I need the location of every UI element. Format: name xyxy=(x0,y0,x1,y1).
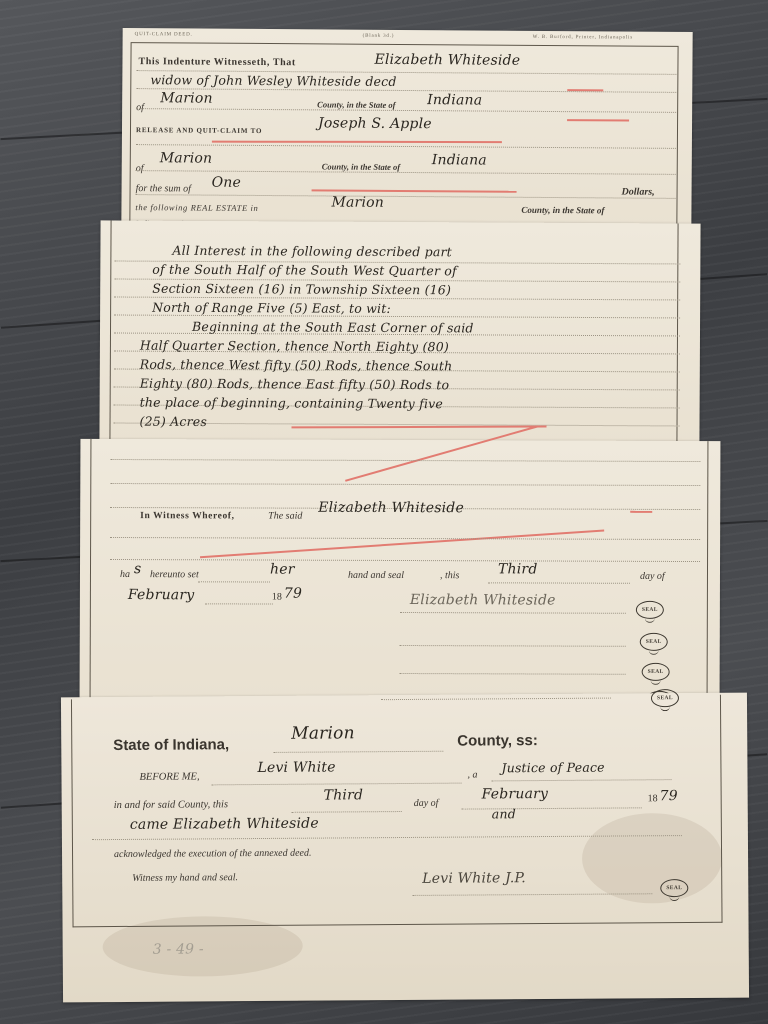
grantee-state: Indiana xyxy=(432,152,487,168)
hand-seal-label: hand and seal xyxy=(348,570,404,581)
property-line: All Interest in the following described … xyxy=(172,243,452,259)
hereunto-label: hereunto set xyxy=(150,569,199,580)
grantor-name: Elizabeth Whiteside xyxy=(374,52,520,69)
seal-stamp: SEAL xyxy=(651,689,679,707)
ack-year-print: 18 xyxy=(648,793,658,804)
witness-hand-text: Witness my hand and seal. xyxy=(132,872,238,884)
a-label: , a xyxy=(467,769,477,780)
property-line: of the South Half of the South West Quar… xyxy=(152,262,457,279)
in-witness-label: In Witness Whereof, xyxy=(140,511,234,521)
red-fill-line xyxy=(630,511,652,513)
ack-county-value: Marion xyxy=(291,723,355,743)
real-estate-county: Marion xyxy=(331,194,384,210)
property-line: Half Quarter Section, thence North Eight… xyxy=(140,338,449,355)
officer-name: Levi White xyxy=(257,759,335,776)
officer-signature: Levi White J.P. xyxy=(422,870,526,887)
day-value: Third xyxy=(498,561,538,577)
year-hand: 79 xyxy=(284,586,302,602)
property-line: Eighty (80) Rods, thence East fifty (50)… xyxy=(140,376,450,393)
seal-stamp: SEAL xyxy=(642,663,670,681)
grantor-county: Marion xyxy=(160,90,213,106)
grantor-signature: Elizabeth Whiteside xyxy=(410,592,556,609)
has-mark: s xyxy=(134,561,141,577)
county-state-label-2: County, in the State of xyxy=(322,161,400,172)
officer-title: Justice of Peace xyxy=(501,760,604,776)
day-of-label: day of xyxy=(640,571,665,582)
county-ss-label: County, ss: xyxy=(457,732,538,750)
red-fill-line xyxy=(567,119,629,121)
sum-label: for the sum of xyxy=(136,183,191,194)
acknowledged-text: acknowledged the execution of the annexe… xyxy=(114,848,311,860)
grantee-name: Joseph S. Apple xyxy=(318,115,432,132)
witness-name: Elizabeth Whiteside xyxy=(318,500,464,517)
grantor-panel: QUIT-CLAIM DEED. (Blank 3d.) W. B. Burfo… xyxy=(121,28,692,232)
property-description-panel: All Interest in the following described … xyxy=(99,220,700,445)
county-state-of-label: County, in the State of xyxy=(521,205,604,216)
has-label: ha xyxy=(120,569,130,580)
this-label: , this xyxy=(440,570,459,581)
came-line: came Elizabeth Whiteside xyxy=(130,816,319,833)
dollars-label: Dollars, xyxy=(622,186,655,197)
indenture-lead: This Indenture Witnesseth, That xyxy=(138,56,295,68)
grantor-description: widow of John Wesley Whiteside decd xyxy=(150,72,396,89)
month-value: February xyxy=(128,587,195,603)
the-said-label: The said xyxy=(268,511,302,522)
pronoun: her xyxy=(270,562,295,578)
year-print: 18 xyxy=(272,592,282,603)
property-line: Beginning at the South East Corner of sa… xyxy=(192,319,474,335)
property-line: North of Range Five (5) East, to wit: xyxy=(152,300,391,316)
form-title: QUIT-CLAIM DEED. xyxy=(135,32,193,37)
ack-day-of-label: day of xyxy=(414,798,439,809)
before-me-label: BEFORE ME, xyxy=(139,771,199,782)
real-estate-label: the following REAL ESTATE in xyxy=(135,202,258,213)
property-line: Rods, thence West fifty (50) Rods, thenc… xyxy=(140,357,453,374)
printer-credit: W. B. Burford, Printer, Indianapolis xyxy=(533,35,633,41)
property-line: the place of beginning, containing Twent… xyxy=(140,395,443,412)
ack-month-value: February xyxy=(482,786,549,802)
release-quitclaim-label: RELEASE AND QUIT-CLAIM TO xyxy=(136,126,262,135)
property-line: Section Sixteen (16) in Township Sixteen… xyxy=(152,281,451,298)
of-label-2: of xyxy=(136,163,144,174)
acknowledgment-panel: SEAL State of Indiana, Marion County, ss… xyxy=(61,693,749,1003)
witness-panel: In Witness Whereof, The said Elizabeth W… xyxy=(80,439,721,703)
grantor-state: Indiana xyxy=(427,92,482,108)
margin-note: 3 - 49 - xyxy=(153,941,204,957)
came-suffix: and xyxy=(492,806,516,821)
seal-stamp: SEAL xyxy=(640,633,668,651)
state-label: State of Indiana, xyxy=(113,736,229,754)
seal-stamp: SEAL xyxy=(660,879,688,897)
county-state-label: County, in the State of xyxy=(317,99,395,110)
form-code: (Blank 3d.) xyxy=(363,34,395,39)
grantee-county: Marion xyxy=(160,150,213,166)
sum-value: One xyxy=(212,175,242,191)
property-line: (25) Acres xyxy=(139,414,207,429)
ack-year-hand: 79 xyxy=(660,788,678,804)
seal-stamp: SEAL xyxy=(636,601,664,619)
in-and-for-label: in and for said County, this xyxy=(114,799,228,811)
ack-day-value: Third xyxy=(324,787,364,803)
